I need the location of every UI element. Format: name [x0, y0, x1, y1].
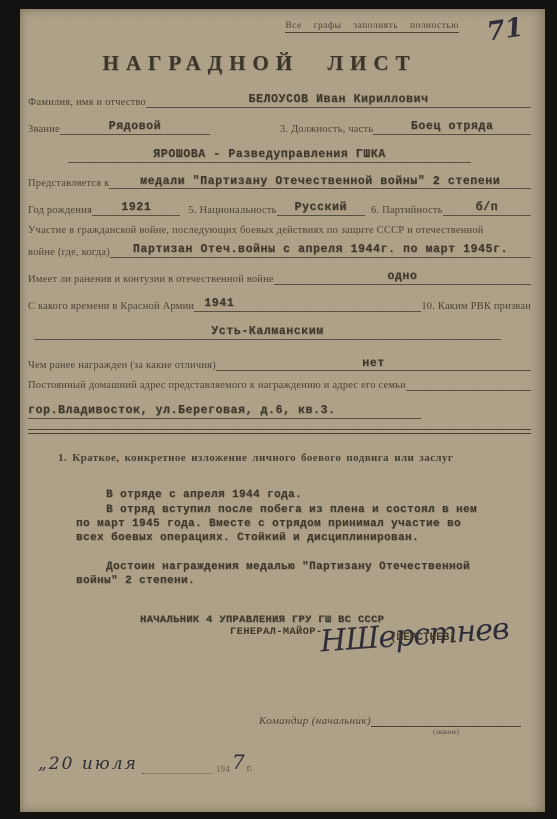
- awards-fill: нет: [216, 354, 531, 372]
- nationality-label: 5. Национальность: [188, 205, 276, 216]
- army-label: С какого времени в Красной Армии: [28, 301, 194, 312]
- presented-fill: медали "Партизану Отечественной войны" 2…: [109, 172, 531, 190]
- date-gap-line: [142, 761, 212, 774]
- rank-position-row: Звание Рядовой 3. Должность, часть Боец …: [28, 117, 531, 135]
- fill-all-fields-note: Все графы заполнять полностью: [285, 21, 458, 33]
- war-label-line1: Участие в гражданской войне, последующих…: [28, 225, 531, 236]
- wounds-label: Имеет ли ранения и контузии в отечествен…: [28, 274, 274, 285]
- name-value: БЕЛОУСОВ Иван Кириллович: [248, 93, 428, 106]
- year-suffix: г.: [247, 763, 253, 774]
- presented-value: медали "Партизану Отечественной войны" 2…: [140, 175, 500, 188]
- war-value: Партизан Отеч.войны с апреля 1944г. по м…: [133, 243, 508, 256]
- awards-row: Чем ранее награжден (за какие отличия) н…: [28, 354, 531, 372]
- commander-row: Командир (начальник): [28, 715, 521, 727]
- address-label-row: Постоянный домашний адрес представляемог…: [28, 380, 531, 391]
- army-value: 1941: [204, 297, 234, 310]
- position-fill: Боец отряда: [373, 117, 531, 135]
- handwritten-year-digit: 7: [232, 750, 245, 774]
- war-label-line2: войне (где, когда): [28, 247, 110, 258]
- party-fill: б/п: [443, 198, 531, 216]
- handwritten-date: „20 июля: [38, 754, 138, 774]
- rvk-value: Усть-Калманским: [211, 325, 324, 338]
- wounds-value: одно: [387, 270, 417, 283]
- rank-label: Звание: [28, 124, 60, 135]
- birth-fill: 1921: [92, 198, 180, 216]
- nationality-value: Русский: [295, 201, 348, 214]
- position-value: Боец отряда: [411, 120, 494, 133]
- address-label-fill: [406, 390, 531, 391]
- wounds-row: Имеет ли ранения и контузии в отечествен…: [28, 267, 531, 285]
- birth-nationality-party-row: Год рождения 1921 5. Национальность Русс…: [28, 198, 531, 216]
- unit-fill: ЯРОШОВА - Разведуправления ГШКА: [68, 144, 471, 163]
- rank-fill: Рядовой: [60, 117, 210, 135]
- party-label: 6. Партийность: [371, 205, 443, 216]
- awards-value: нет: [362, 357, 385, 370]
- section1-heading: 1. Краткое, конкретное изложение личного…: [58, 452, 531, 464]
- date-row: „20 июля 194 7 г.: [38, 750, 531, 774]
- year-preprint: 194: [216, 764, 230, 774]
- army-rvk-row: С какого времени в Красной Армии 1941 10…: [28, 294, 531, 312]
- footer: Командир (начальник) (звание) „20 июля 1…: [28, 715, 531, 774]
- signature-block: НАЧАЛЬНИК 4 УПРАВЛЕНИЯ ГРУ ГШ ВС СССР ГЕ…: [140, 614, 531, 684]
- position-label: 3. Должность, часть: [280, 124, 373, 135]
- name-label: Фамилия, имя и отчество: [28, 97, 146, 108]
- presented-row: Представляется к медали "Партизану Отече…: [28, 172, 531, 190]
- address-fill: гор.Владивосток, ул.Береговая, д.6, кв.3…: [28, 400, 421, 419]
- name-row: Фамилия, имя и отчество БЕЛОУСОВ Иван Ки…: [28, 90, 531, 108]
- presented-label: Представляется к: [28, 178, 109, 189]
- rank-value: Рядовой: [109, 120, 162, 133]
- war-row: войне (где, когда) Партизан Отеч.войны с…: [28, 240, 531, 258]
- birth-value: 1921: [121, 201, 151, 214]
- top-strip: Все графы заполнять полностью 71: [28, 21, 531, 45]
- birth-label: Год рождения: [28, 205, 92, 216]
- party-value: б/п: [476, 201, 499, 214]
- commander-signature-line: [371, 716, 521, 727]
- unit-value: ЯРОШОВА - Разведуправления ГШКА: [153, 148, 386, 161]
- war-fill: Партизан Отеч.войны с апреля 1944г. по м…: [110, 240, 531, 258]
- awards-label: Чем ранее награжден (за какие отличия): [28, 360, 216, 371]
- army-fill: 1941: [194, 294, 421, 312]
- spacer: [210, 134, 280, 135]
- address-value: гор.Владивосток, ул.Береговая, д.6, кв.3…: [28, 404, 336, 417]
- rvk-fill: Усть-Калманским: [34, 321, 501, 340]
- page-title: НАГРАДНОЙ ЛИСТ: [28, 51, 491, 76]
- award-sheet-document: Все графы заполнять полностью 71 НАГРАДН…: [20, 9, 545, 812]
- wounds-fill: одно: [274, 267, 531, 285]
- name-fill: БЕЛОУСОВ Иван Кириллович: [146, 90, 531, 108]
- rank-caption: (звание): [371, 727, 521, 736]
- feat-paragraph-1: В отряде с апреля 1944 года.: [76, 488, 486, 502]
- signer-name-typed: (ШЕРСТНЕВ): [390, 632, 456, 644]
- nationality-fill: Русский: [277, 198, 365, 216]
- feat-paragraph-2: В отряд вступил после побега из плена и …: [76, 503, 486, 546]
- handwritten-sheet-number: 71: [485, 13, 525, 48]
- feat-paragraph-3: Достоин награждения медалью "Партизану О…: [76, 560, 486, 589]
- address-label: Постоянный домашний адрес представляемог…: [28, 380, 406, 391]
- commander-label: Командир (начальник): [259, 715, 371, 727]
- rvk-label: 10. Каким РВК призван: [421, 301, 531, 312]
- section-divider: [28, 429, 531, 434]
- feat-description: В отряде с апреля 1944 года. В отряд вст…: [76, 488, 486, 588]
